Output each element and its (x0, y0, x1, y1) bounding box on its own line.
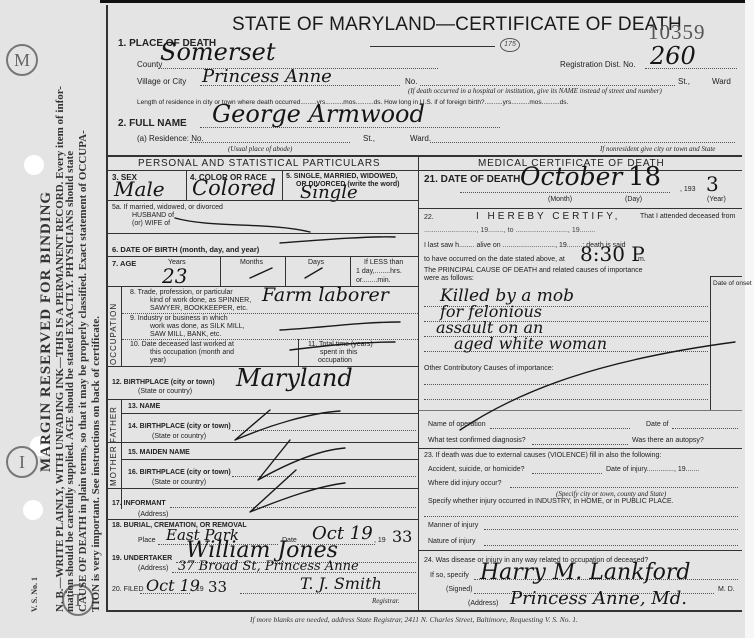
death-certificate: M I T MARGIN RESERVED FOR BINDING V. S. … (0, 0, 754, 638)
pen-strokes (0, 0, 754, 638)
